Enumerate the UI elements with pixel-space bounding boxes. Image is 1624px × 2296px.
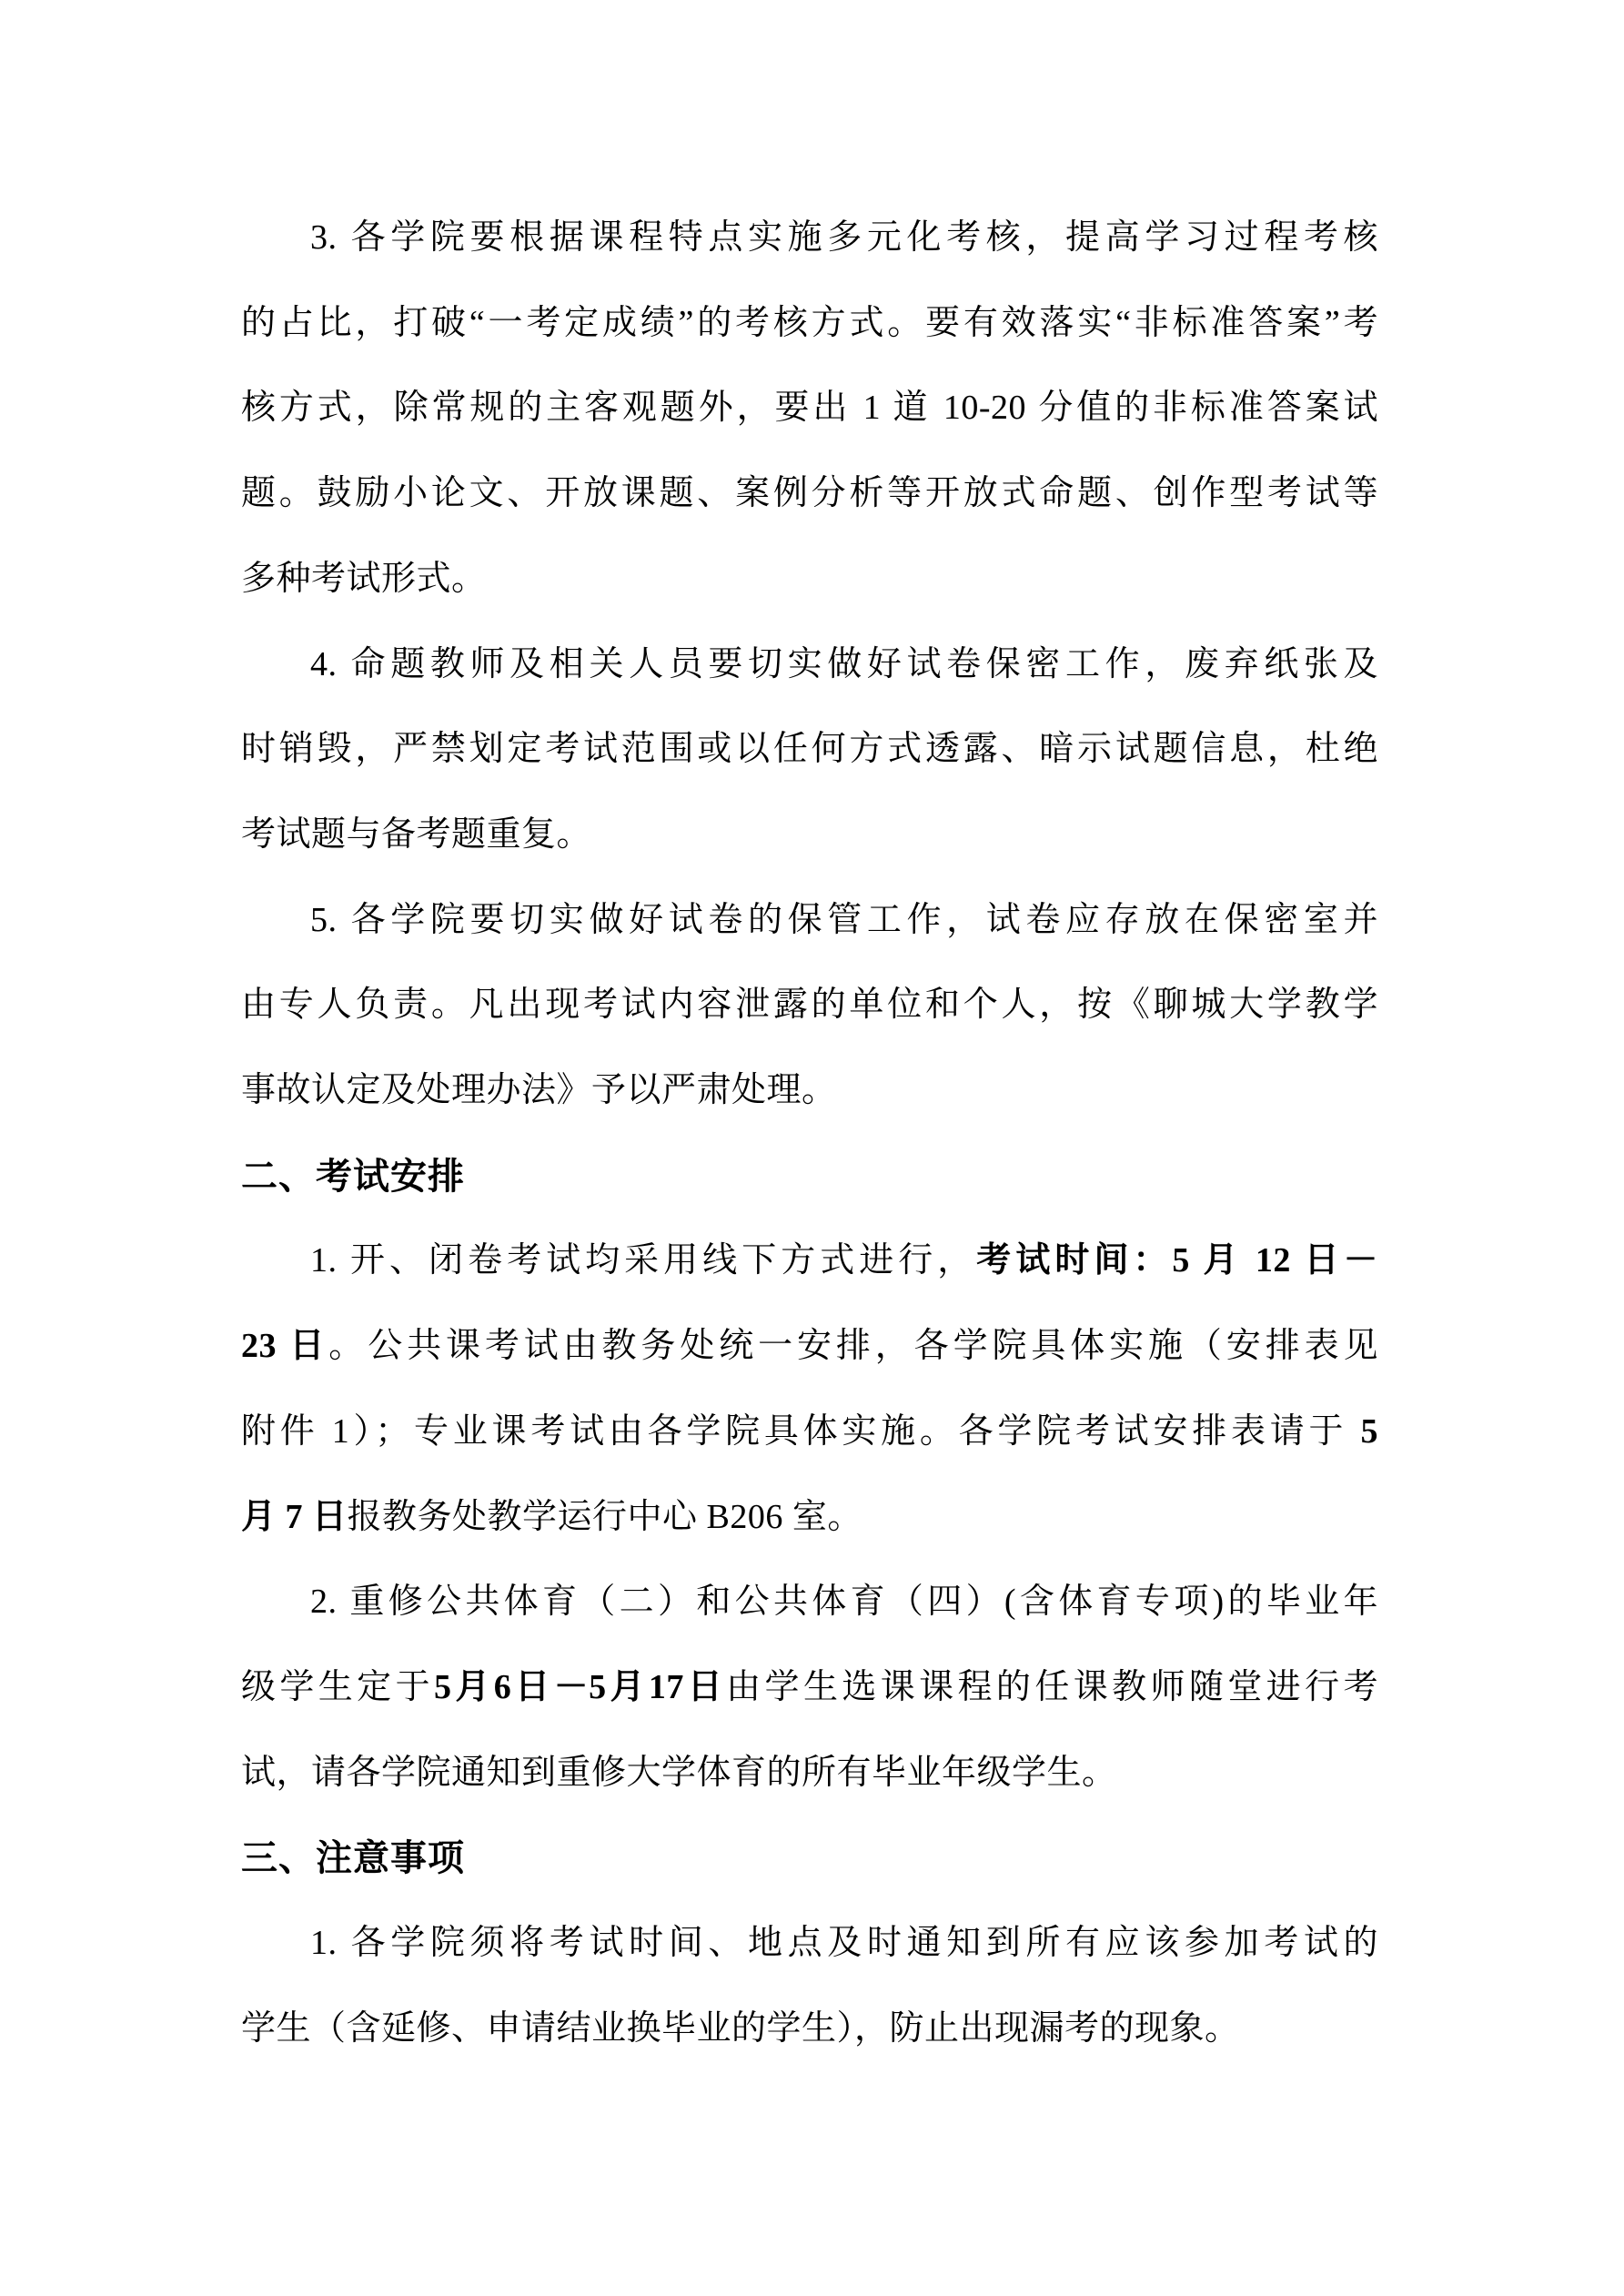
text-run: 时销毁，严禁划定考试范围或以任何方式透露、暗示试题信息，杜绝	[241, 730, 1378, 768]
text-line: 多种考试形式。	[241, 537, 1378, 622]
text-line: 学生（含延修、申请结业换毕业的学生），防止出现漏考的现象。	[241, 1987, 1378, 2072]
text-run: 5. 各学院要切实做好试卷的保管工作，试卷应存放在保密室并	[310, 901, 1378, 939]
text-run: 级学生定于	[241, 1668, 434, 1706]
text-line: 考试题与备考题重复。	[241, 793, 1378, 878]
text-run: 由学生选课课程的任课教师随堂进行考	[726, 1668, 1378, 1706]
text-line: 时销毁，严禁划定考试范围或以任何方式透露、暗示试题信息，杜绝	[241, 707, 1378, 793]
document-body: 3. 各学院要根据课程特点实施多元化考核，提高学习过程考核的占比，打破“一考定成…	[241, 196, 1378, 2071]
text-line: 23 日。公共课考试由教务处统一安排，各学院具体实施（安排表见	[241, 1304, 1378, 1390]
text-run: 3. 各学院要根据课程特点实施多元化考核，提高学习过程考核	[310, 218, 1378, 257]
text-line: 事故认定及处理办法》予以严肃处理。	[241, 1048, 1378, 1134]
text-run: 事故认定及处理办法》予以严肃处理。	[241, 1071, 837, 1109]
text-run: 考试题与备考题重复。	[241, 815, 591, 854]
text-line: 附件 1）；专业课考试由各学院具体实施。各学院考试安排表请于 5	[241, 1390, 1378, 1475]
text-line: 核方式，除常规的主客观题外，要出 1 道 10-20 分值的非标准答案试	[241, 366, 1378, 451]
text-run: 2. 重修公共体育（二）和公共体育（四）(含体育专项)的毕业年	[310, 1583, 1378, 1621]
text-run: 试，请各学院通知到重修大学体育的所有毕业年级学生。	[241, 1754, 1117, 1792]
text-line: 4. 命题教师及相关人员要切实做好试卷保密工作，废弃纸张及	[241, 622, 1378, 708]
text-line: 级学生定于5月6日－5月17日由学生选课课程的任课教师随堂进行考	[241, 1645, 1378, 1731]
text-line: 的占比，打破“一考定成绩”的考核方式。要有效落实“非标准答案”考	[241, 281, 1378, 367]
text-run: 的占比，打破“一考定成绩”的考核方式。要有效落实“非标准答案”考	[241, 304, 1378, 342]
bold-text-run: 考试时间：5 月 12 日－	[976, 1241, 1378, 1279]
text-line: 2. 重修公共体育（二）和公共体育（四）(含体育专项)的毕业年	[241, 1560, 1378, 1645]
text-line: 由专人负责。凡出现考试内容泄露的单位和个人，按《聊城大学教学	[241, 963, 1378, 1048]
bold-text-run: 23 日	[241, 1327, 328, 1365]
text-run: 。公共课考试由教务处统一安排，各学院具体实施（安排表见	[328, 1327, 1378, 1365]
bold-text-run: 5月6日－5月17日	[434, 1668, 726, 1706]
text-run: 报教务处教学运行中心 B206 室。	[348, 1498, 862, 1536]
text-line: 月 7 日报教务处教学运行中心 B206 室。	[241, 1475, 1378, 1561]
text-run: 核方式，除常规的主客观题外，要出 1 道 10-20 分值的非标准答案试	[241, 389, 1378, 427]
text-line: 5. 各学院要切实做好试卷的保管工作，试卷应存放在保密室并	[241, 878, 1378, 964]
section-heading: 三、注意事项	[241, 1816, 1378, 1901]
bold-text-run: 月 7 日	[241, 1498, 348, 1536]
text-run: 4. 命题教师及相关人员要切实做好试卷保密工作，废弃纸张及	[310, 645, 1378, 683]
section-heading: 二、考试安排	[241, 1134, 1378, 1219]
text-line: 试，请各学院通知到重修大学体育的所有毕业年级学生。	[241, 1731, 1378, 1816]
text-run: 附件 1）；专业课考试由各学院具体实施。各学院考试安排表请于	[241, 1412, 1361, 1451]
text-line: 题。鼓励小论文、开放课题、案例分析等开放式命题、创作型考试等	[241, 451, 1378, 537]
text-run: 由专人负责。凡出现考试内容泄露的单位和个人，按《聊城大学教学	[241, 986, 1378, 1024]
text-line: 3. 各学院要根据课程特点实施多元化考核，提高学习过程考核	[241, 196, 1378, 281]
text-run: 题。鼓励小论文、开放课题、案例分析等开放式命题、创作型考试等	[241, 474, 1378, 512]
text-line: 1. 开、闭卷考试均采用线下方式进行，考试时间：5 月 12 日－	[241, 1219, 1378, 1304]
text-line: 1. 各学院须将考试时间、地点及时通知到所有应该参加考试的	[241, 1901, 1378, 1987]
text-run: 1. 各学院须将考试时间、地点及时通知到所有应该参加考试的	[310, 1924, 1378, 1962]
text-run: 多种考试形式。	[241, 560, 487, 598]
document-page: 3. 各学院要根据课程特点实施多元化考核，提高学习过程考核的占比，打破“一考定成…	[0, 0, 1624, 2296]
bold-text-run: 5	[1361, 1412, 1379, 1451]
text-run: 学生（含延修、申请结业换毕业的学生），防止出现漏考的现象。	[241, 2009, 1240, 2048]
text-run: 1. 开、闭卷考试均采用线下方式进行，	[310, 1241, 976, 1279]
